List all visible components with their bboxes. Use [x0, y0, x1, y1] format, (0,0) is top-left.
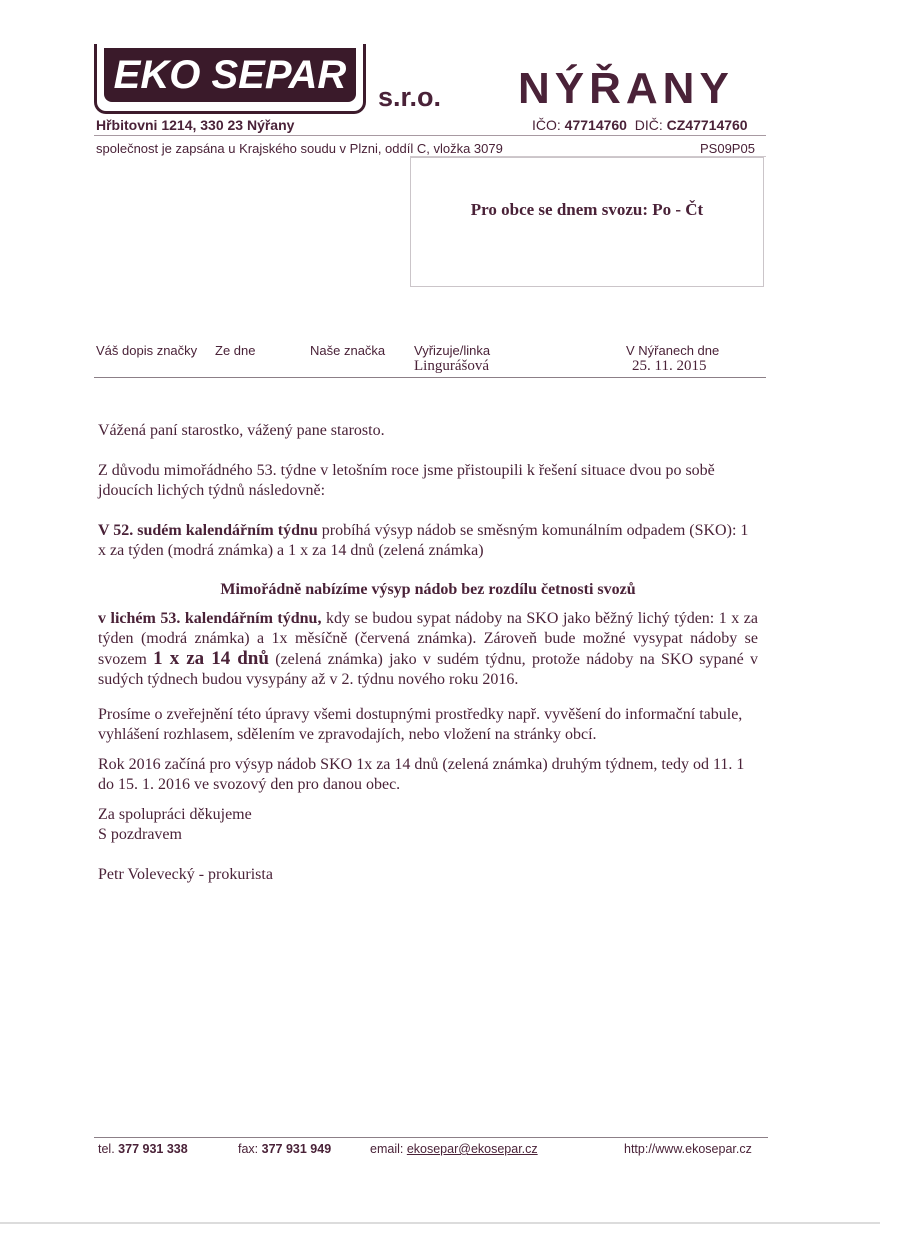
scan-edge [0, 1222, 880, 1224]
your-ref-label: Váš dopis značky [96, 343, 197, 358]
closing-regards: S pozdravem [98, 825, 758, 845]
place-date-label: V Nýřanech dne [626, 343, 719, 358]
phone-number: 377 931 338 [118, 1142, 188, 1156]
ico-label: IČO: [532, 117, 561, 133]
footer-divider [94, 1137, 768, 1138]
publication-request: Prosíme o zveřejnění této úpravy všemi d… [98, 705, 758, 745]
ico-value: 47714760 [565, 117, 627, 133]
recipient-text: Pro obce se dnem svozu: Po - Čt [471, 200, 703, 286]
handler-name: Lingurášová [414, 358, 489, 375]
footer-email: email: ekosepar@ekosepar.cz [370, 1142, 538, 1156]
footer-website[interactable]: http://www.ekosepar.cz [624, 1142, 752, 1156]
header-divider [94, 135, 766, 136]
handler-label: Vyřizuje/linka [414, 343, 490, 358]
closing-thanks: Za spolupráci děkujeme [98, 805, 758, 825]
year-2016-note: Rok 2016 začíná pro výsyp nádob SKO 1x z… [98, 755, 758, 795]
signature: Petr Volevecký - prokurista [98, 865, 758, 885]
recipient-box: Pro obce se dnem svozu: Po - Čt [410, 157, 764, 287]
logo-text: EKO SEPAR [114, 55, 347, 95]
email-label: email: [370, 1142, 403, 1156]
paragraph-week-52: V 52. sudém kalendářním týdnu probíhá vý… [98, 521, 758, 561]
frequency-highlight: 1 x za 14 dnů [153, 648, 269, 669]
our-ref-label: Naše značka [310, 343, 385, 358]
letter-date: 25. 11. 2015 [632, 358, 706, 375]
company-ids: IČO: 47714760 DIČ: CZ47714760 [532, 117, 748, 133]
week-52-heading: V 52. sudém kalendářním týdnu [98, 522, 318, 539]
legal-form: s.r.o. [378, 82, 441, 113]
reference-divider [94, 377, 766, 378]
offer-heading: Mimořádně nabízíme výsyp nádob bez rozdí… [98, 581, 758, 599]
dic-value: CZ47714760 [667, 117, 748, 133]
fax-label: fax: [238, 1142, 258, 1156]
city-title: NÝŘANY [518, 64, 734, 114]
footer-fax: fax: 377 931 949 [238, 1142, 331, 1156]
company-address: Hřbitovni 1214, 330 23 Nýřany [96, 117, 294, 133]
phone-label: tel. [98, 1142, 115, 1156]
paragraph-week-53: v lichém 53. kalendářním týdnu, kdy se b… [98, 609, 758, 690]
registry-note: společnost je zapsána u Krajského soudu … [96, 141, 503, 156]
dic-label: DIČ: [635, 117, 663, 133]
week-53-heading: v lichém 53. kalendářním týdnu, [98, 610, 321, 627]
document-code: PS09P05 [700, 141, 755, 156]
email-link[interactable]: ekosepar@ekosepar.cz [407, 1142, 538, 1156]
salutation: Vážená paní starostko, vážený pane staro… [98, 421, 758, 441]
company-logo: EKO SEPAR [104, 48, 356, 102]
footer-phone: tel. 377 931 338 [98, 1142, 188, 1156]
fax-number: 377 931 949 [262, 1142, 332, 1156]
intro-paragraph: Z důvodu mimořádného 53. týdne v letošní… [98, 461, 758, 501]
date-of-label: Ze dne [215, 343, 255, 358]
